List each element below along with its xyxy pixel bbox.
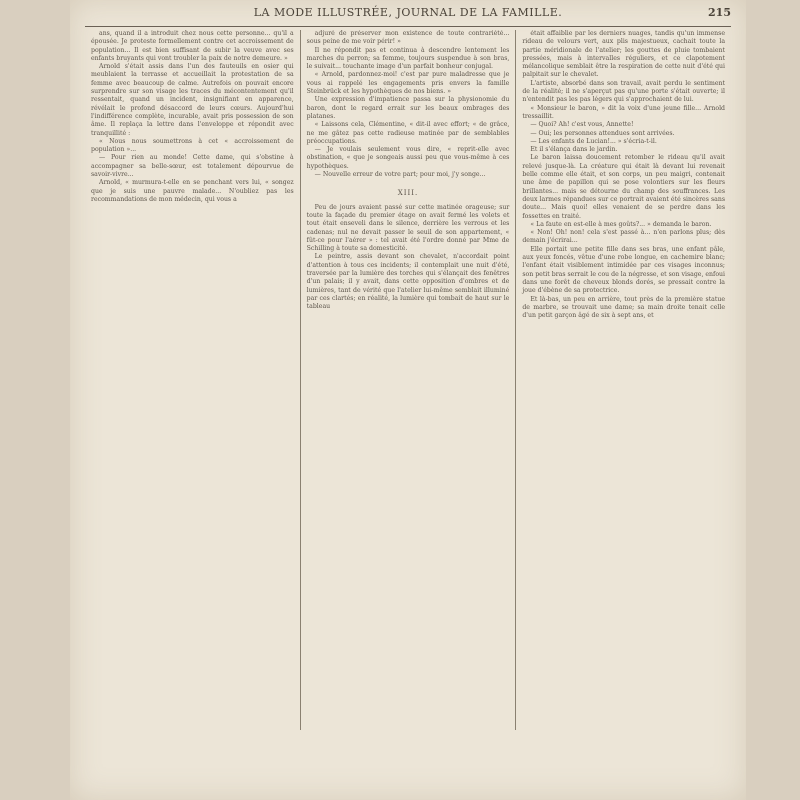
paragraph: — Les enfants de Lucian!... » s'écria-t-… [522, 138, 725, 146]
paragraph: Une expression d'impatience passa sur la… [307, 96, 510, 121]
paragraph: — Je voulais seulement vous dire, « repr… [307, 146, 510, 171]
paragraph: Arnold, « murmura-t-elle en se penchant … [91, 179, 294, 204]
newspaper-page: LA MODE ILLUSTRÉE, JOURNAL DE LA FAMILLE… [70, 0, 746, 800]
paragraph: « La faute en est-elle à mes goûts?... »… [522, 221, 725, 229]
paragraph: était affaiblie par les derniers nuages,… [522, 30, 725, 80]
header-rule [85, 26, 731, 27]
paragraph: Le baron laissa doucement retomber le ri… [522, 154, 725, 220]
column-3: était affaiblie par les derniers nuages,… [515, 30, 731, 730]
paragraph: « Laissons cela, Clémentine, « dit-il av… [307, 121, 510, 146]
paragraph: — Quoi? Ah! c'est vous, Annette! [522, 121, 725, 129]
paragraph: — Nouvelle erreur de votre part; pour mo… [307, 171, 510, 179]
page-header: LA MODE ILLUSTRÉE, JOURNAL DE LA FAMILLE… [85, 6, 731, 24]
paragraph: « Monsieur le baron, » dit la voix d'une… [522, 105, 725, 122]
journal-title: LA MODE ILLUSTRÉE, JOURNAL DE LA FAMILLE… [85, 6, 731, 19]
paragraph: « Arnold, pardonnez-moi! c'est par pure … [307, 71, 510, 96]
page-number: 215 [708, 6, 731, 19]
paragraph: L'artiste, absorbé dans son travail, ava… [522, 80, 725, 105]
paragraph: Il ne répondit pas et continua à descend… [307, 47, 510, 72]
paragraph: Le peintre, assis devant son chevalet, n… [307, 253, 510, 311]
paragraph: « Nous nous soumettrons à cet « accroiss… [91, 138, 294, 155]
column-1: ans, quand il a introduit chez nous cett… [85, 30, 300, 730]
paragraph: ans, quand il a introduit chez nous cett… [91, 30, 294, 63]
paragraph: Arnold s'était assis dans l'un des faute… [91, 63, 294, 138]
paragraph: « Non! Oh! non! cela s'est passé à... n'… [522, 229, 725, 246]
section-heading: XIII. [307, 189, 510, 197]
paragraph: Et il s'élança dans le jardin. [522, 146, 725, 154]
paragraph: Et là-bas, un peu en arrière, tout près … [522, 296, 725, 321]
column-2: adjuré de préserver mon existence de tou… [300, 30, 516, 730]
paragraph: Peu de jours avaient passé sur cette mat… [307, 204, 510, 254]
paragraph: adjuré de préserver mon existence de tou… [307, 30, 510, 47]
paragraph: — Pour rien au monde! Cette dame, qui s'… [91, 154, 294, 179]
paragraph: — Oui; les personnes attendues sont arri… [522, 130, 725, 138]
text-columns: ans, quand il a introduit chez nous cett… [85, 30, 731, 730]
paragraph: Elle portait une petite fille dans ses b… [522, 246, 725, 296]
